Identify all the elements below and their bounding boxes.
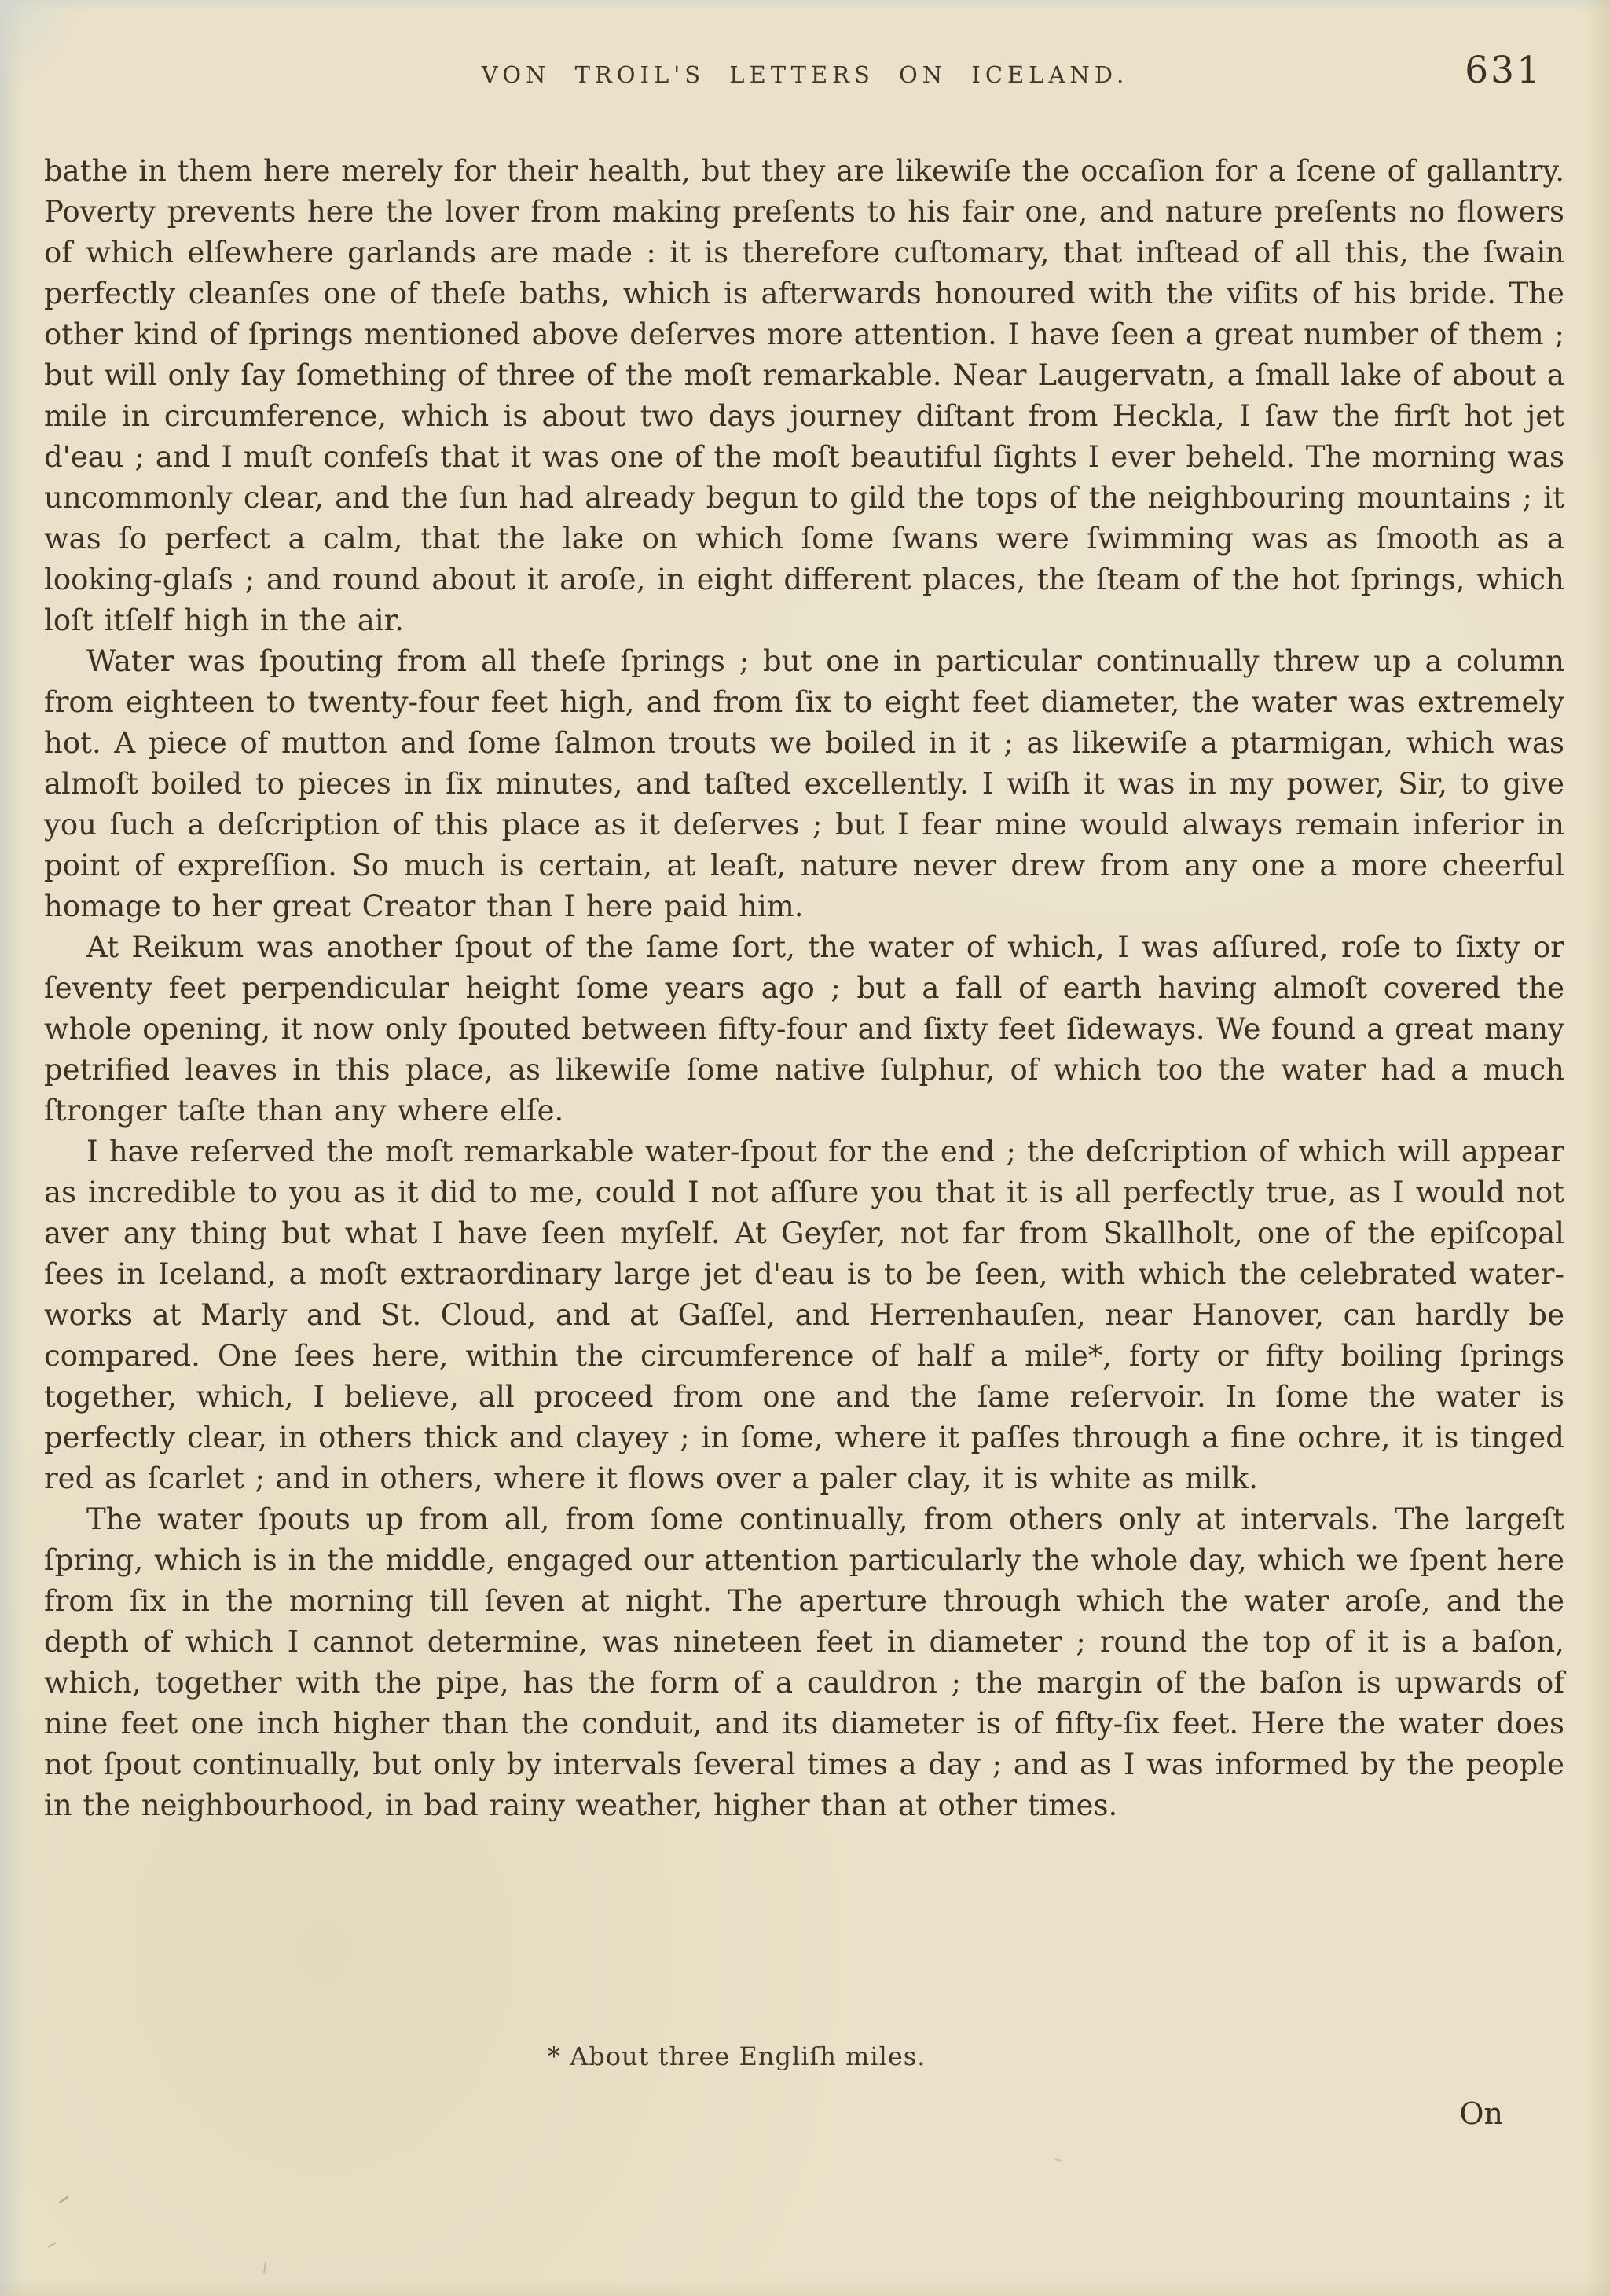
page-header: VON TROIL'S LETTERS ON ICELAND. 631 [0,47,1610,102]
paragraph-4: I have reſerved the moſt remarkable wate… [44,1131,1564,1499]
paragraph-3: At Reikum was another ſpout of the ſame … [44,927,1564,1131]
scan-edge-bottom [0,2279,1610,2296]
paper-speck [1054,2158,1062,2162]
book-page-scan: VON TROIL'S LETTERS ON ICELAND. 631 bath… [0,0,1610,2296]
paper-speck [263,2261,266,2274]
footnote: * About three Engliſh miles. [548,2041,926,2071]
paper-speck [47,2242,56,2248]
catchword: On [1459,2096,1503,2131]
paper-speck [58,2195,68,2203]
scan-edge-left [0,0,24,2296]
running-title: VON TROIL'S LETTERS ON ICELAND. [0,61,1610,88]
scan-edge-right [1583,0,1610,2296]
scan-edge-top [0,0,1610,11]
paragraph-1: bathe in them here merely for their heal… [44,151,1564,641]
paragraph-5: The water ſpouts up from all, from ſome … [44,1499,1564,1826]
page-number: 631 [1465,49,1542,92]
body-text-block: bathe in them here merely for their heal… [44,151,1564,1826]
paragraph-2: Water was ſpouting from all theſe ſpring… [44,641,1564,927]
